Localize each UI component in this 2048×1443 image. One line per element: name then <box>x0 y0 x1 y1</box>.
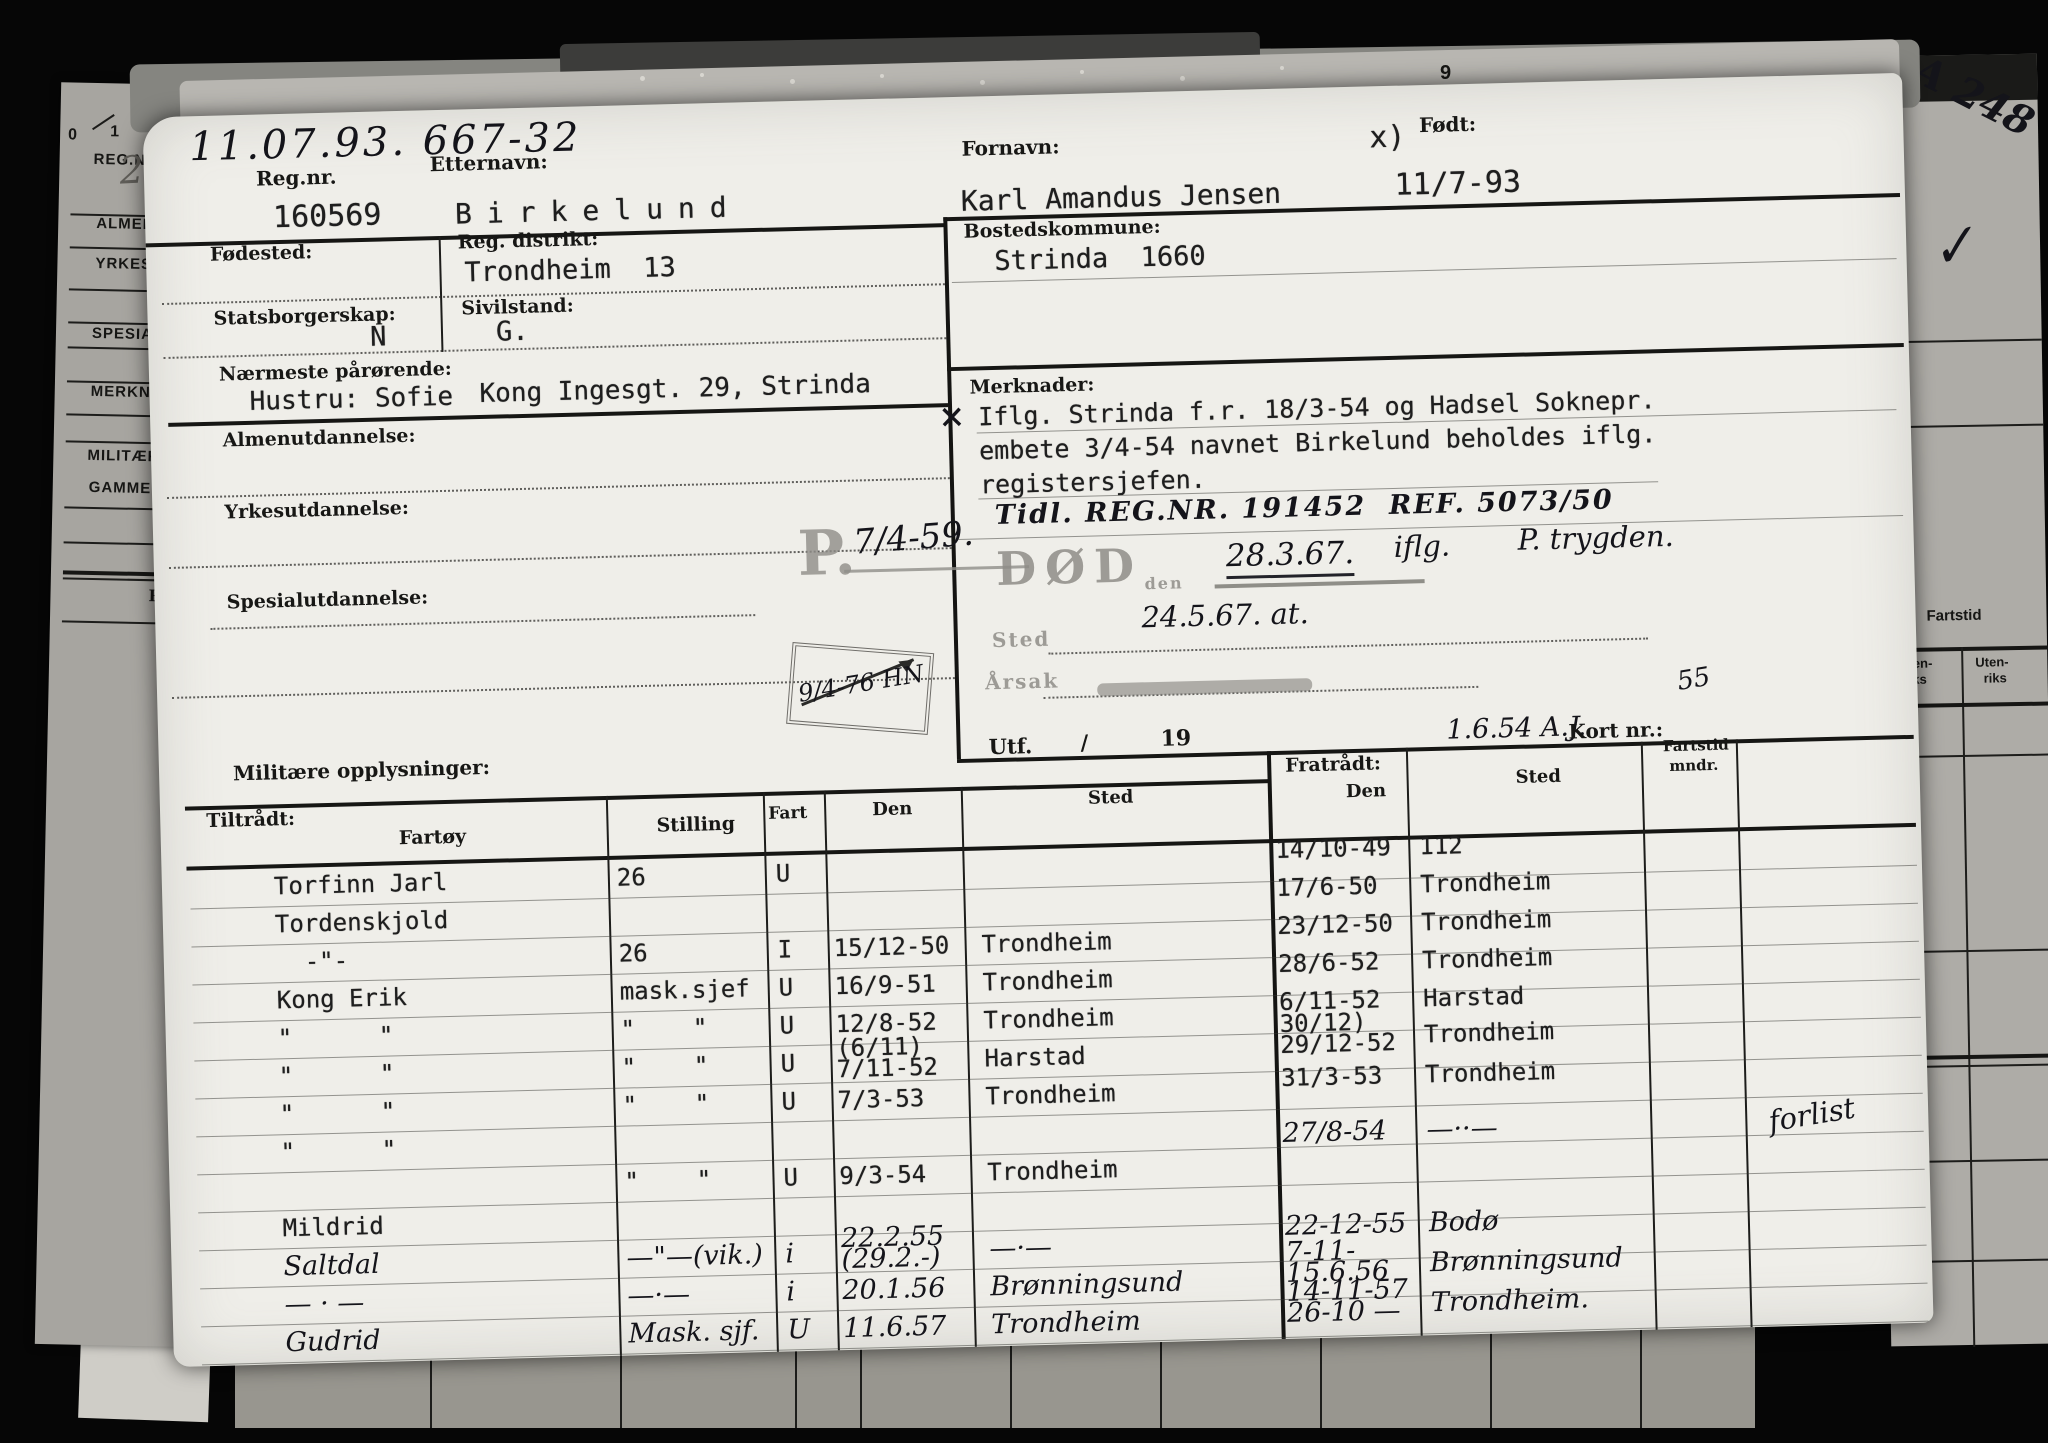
yrkes-label: Yrkesutdannelse: <box>224 497 409 524</box>
note-55: 55 <box>1675 662 1713 697</box>
table-cell-stilling: 26 <box>619 943 648 965</box>
table-cell-fartoy: " " <box>278 1025 394 1049</box>
table-cell-fartoy: Mildrid <box>282 1216 384 1240</box>
utf-slash: / <box>1080 730 1088 755</box>
table-cell-fartoy: Saltdal <box>283 1254 380 1277</box>
fartoy-header: Fartøy <box>399 826 467 850</box>
init-note: 1.6.54 A.J. <box>1446 711 1587 746</box>
table-cell-sted: Trondheim <box>983 1007 1114 1031</box>
table-cell-fra-den: 30/12) 29/12-52 <box>1280 1011 1397 1056</box>
utenriks-label: Uten- <box>1975 654 2008 670</box>
fartstid-header2: mndr. <box>1669 756 1718 775</box>
regdistrikt-value: Trondheim 13 <box>464 252 676 288</box>
sted-header: Sted <box>1088 787 1134 809</box>
table-cell-fra-den: 17/6-50 <box>1276 875 1378 899</box>
table-cell-stilling: —"—(vik.) <box>626 1244 763 1268</box>
table-cell-fra-sted: Trondheim <box>1422 947 1553 971</box>
x-note: x) <box>1369 120 1406 156</box>
table-cell-fra-den: 23/12-50 <box>1277 913 1393 937</box>
etternavn-label: Etternavn: <box>429 149 548 176</box>
table-cell-fart: i <box>786 1281 795 1302</box>
table-cell-fartoy: — · — <box>284 1292 364 1315</box>
register-card: 11.07.93. 667-32 Reg.nr. 160569 Etternav… <box>142 73 1933 1367</box>
table-cell-fart: U <box>778 977 793 998</box>
table-cell-den: 11.6.57 <box>843 1316 947 1340</box>
table-cell-sted: Trondheim <box>987 1159 1118 1183</box>
parorende-addr: Kong Ingesgt. 29, Strinda <box>479 369 871 409</box>
table-cell-sted: Harstad <box>984 1046 1086 1070</box>
table-cell-fart: i <box>785 1243 794 1264</box>
table-cell-fra-sted: 112 <box>1419 835 1463 857</box>
merknader-mark: × <box>938 397 966 436</box>
almen-label: Almenutdannelse: <box>222 425 415 452</box>
spesial-label: Spesialutdannelse: <box>226 586 428 613</box>
dod-den-label: den <box>1144 573 1183 593</box>
kort-nr-label: Kort nr.: <box>1568 717 1663 743</box>
table-cell-stilling: " " <box>622 1093 709 1116</box>
table-cell-fartoy: -"- <box>276 951 349 974</box>
fra-sted-header: Sted <box>1515 766 1561 788</box>
table-cell-fartoy: Tordenskjold <box>275 910 449 935</box>
table-cell-fartoy: Gudrid <box>285 1330 381 1353</box>
tiltraadt-header: Tiltrådt: <box>206 808 295 832</box>
table-cell-den: 7/3-53 <box>837 1088 924 1111</box>
table-row-line <box>199 1207 1925 1252</box>
table-cell-fart: U <box>787 1319 810 1341</box>
p-stamp: P. <box>797 516 857 590</box>
regdistrikt-label: Reg. distrikt: <box>457 228 598 254</box>
regnr-label: Reg.nr. <box>256 165 337 191</box>
etternavn-value: Birkelund <box>455 190 742 230</box>
table-cell-den: 16/9-51 <box>834 974 936 998</box>
table-cell-fra-sted: —··— <box>1426 1118 1498 1141</box>
table-cell-fart: U <box>783 1167 798 1188</box>
dod-stamp: DØD <box>995 538 1143 596</box>
fart-header: Fart <box>768 803 807 824</box>
table-cell-fra-sted: Trondheim <box>1420 871 1551 895</box>
p-stamp-date: 7/4-59. <box>852 513 975 562</box>
table-cell-sted: Brønningsund <box>990 1272 1183 1298</box>
fornavn-label: Fornavn: <box>961 134 1060 160</box>
table-cell-fra-den: 22-12-55 <box>1285 1213 1407 1237</box>
table-cell-fart: U <box>780 1053 795 1074</box>
table-row-line <box>190 865 1916 910</box>
dod-date: 28.3.67. <box>1225 535 1354 579</box>
stilling-header: Stilling <box>656 813 735 837</box>
table-cell-stilling: Mask. sjf. <box>628 1320 759 1344</box>
scribble-smudge <box>1097 678 1312 696</box>
table-cell-stilling: " " <box>620 1017 707 1040</box>
parorende-label: Nærmeste pårørende: <box>219 358 452 386</box>
fartstid-label: Fartstid <box>1926 607 1981 625</box>
table-cell-stilling: mask.sjef <box>619 978 750 1002</box>
sivilstand-value: G. <box>496 316 529 348</box>
table-cell-fartoy: Torfinn Jarl <box>274 872 448 897</box>
table-cell-fra-sted: Brønningsund <box>1430 1247 1623 1273</box>
table-cell-den: (6/11) 7/11-52 <box>836 1036 938 1081</box>
table-cell-fra-den: 31/3-53 <box>1281 1065 1383 1089</box>
table-cell-fart: I <box>777 939 792 960</box>
table-cell-den: 15/12-50 <box>833 935 949 959</box>
den-header: Den <box>872 798 913 820</box>
militaere-label: Militære opplysninger: <box>233 755 491 785</box>
fratraadt-header: Fratrådt: <box>1285 752 1381 776</box>
page-number: 9 <box>1440 62 1451 85</box>
table-cell-fartoy: Kong Erik <box>277 987 408 1011</box>
table-cell-fra-sted: Trondheim. <box>1431 1288 1590 1313</box>
table-cell-fra-sted: Harstad <box>1423 986 1525 1010</box>
table-cell-fra-sted: Bodø <box>1429 1211 1499 1234</box>
table-cell-fartoy: " " <box>279 1101 395 1125</box>
sted-stamp-label: Sted <box>992 627 1051 652</box>
utf-year: 19 <box>1160 725 1191 752</box>
table-cell-fra-den: 28/6-52 <box>1278 951 1380 975</box>
stamp-box: 9/4-76 HN <box>786 642 934 735</box>
utenriks-label2: riks <box>1983 670 2006 685</box>
statsborgerskap-value: N <box>370 321 387 352</box>
dod-source: P. trygden. <box>1517 519 1674 557</box>
table-cell-fart: U <box>776 863 791 884</box>
parorende-value: Hustru: Sofie <box>249 382 453 417</box>
fodested-label: Fødested: <box>210 241 313 266</box>
regnr-value: 160569 <box>273 197 382 235</box>
bosted-label: Bostedskommune: <box>963 216 1161 243</box>
fra-den-header: Den <box>1346 780 1387 802</box>
margin-note-forlist: forlist <box>1766 1091 1858 1139</box>
table-cell-fra-sted: Trondheim <box>1424 1021 1555 1045</box>
table-cell-sted: Trondheim <box>985 1083 1116 1107</box>
table-cell-stilling: " " <box>621 1055 708 1078</box>
scanned-register-card: 9 REG.NR.: 207 ALMEN UTDAN YRKES UTDANI … <box>0 0 2048 1443</box>
corner-mark: 1 <box>110 123 119 141</box>
table-cell-sted: Trondheim <box>981 931 1112 955</box>
table-cell-sted: Trondheim <box>991 1311 1141 1336</box>
table-cell-stilling: 26 <box>617 867 646 889</box>
table-cell-sted: Trondheim <box>982 969 1113 993</box>
table-cell-stilling: —·— <box>627 1284 690 1307</box>
table-cell-fra-den: 27/8-54 <box>1282 1120 1387 1144</box>
corner-mark: 0 <box>68 126 77 144</box>
table-cell-den: 9/3-54 <box>839 1164 926 1187</box>
fartstid-header: Fartstid <box>1663 736 1729 756</box>
bosted-value: Strinda 1660 <box>994 241 1206 277</box>
table-cell-fra-den: 14/10-49 <box>1275 837 1391 861</box>
fodt-label: Født: <box>1419 112 1477 137</box>
table-cell-fartoy: " " <box>280 1139 396 1163</box>
dod-date2: 24.5.67. at. <box>1141 596 1309 634</box>
table-cell-fart: U <box>781 1091 796 1112</box>
table-cell-den: 22.2.55 (29.2.-) <box>841 1226 945 1271</box>
table-cell-fart: U <box>779 1015 794 1036</box>
dod-iflg: iflg. <box>1393 529 1450 564</box>
table-cell-stilling: " " <box>624 1169 711 1192</box>
table-cell-sted: —·— <box>989 1237 1052 1260</box>
utf-label: Utf. <box>988 733 1032 759</box>
merknader-label: Merknader: <box>969 373 1094 398</box>
arsak-stamp-label: Årsak <box>985 668 1060 694</box>
table-cell-fra-sted: Trondheim <box>1421 909 1552 933</box>
table-cell-fra-den: 14-11-57 26-10 — <box>1286 1279 1408 1324</box>
table-cell-fra-sted: Trondheim <box>1425 1061 1556 1085</box>
statsborgerskap-label: Statsborgerskap: <box>213 303 396 330</box>
check-mark-icon: ✓ <box>1924 211 1982 283</box>
fodt-value: 11/7-93 <box>1394 165 1521 203</box>
table-cell-den: 20.1.56 <box>842 1278 946 1302</box>
table-cell-fartoy: " " <box>279 1063 395 1087</box>
